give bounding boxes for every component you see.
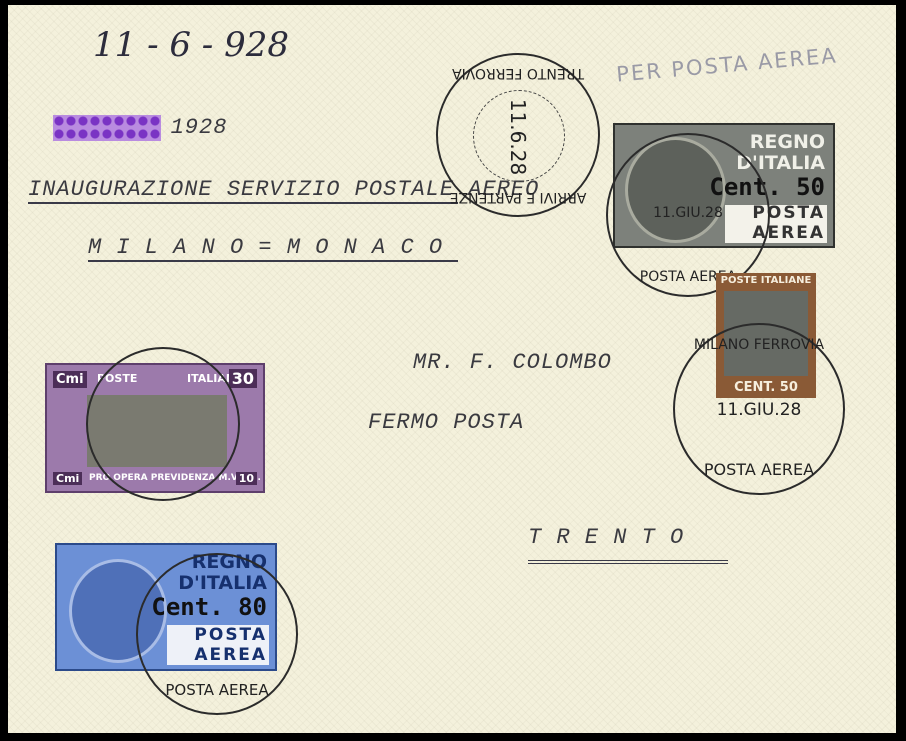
- purple-obliteration-mark: [53, 115, 161, 141]
- year-line: 1928: [53, 115, 227, 146]
- milano-right-postmark: MILANO FERROVIA 11.GIU.28 POSTA AEREA: [673, 323, 845, 495]
- addressee-name: MR. F. COLOMBO: [413, 350, 612, 375]
- milano-left-postmark: [86, 347, 240, 501]
- trento-postmark: ARRIVI E PARTENZE TRENTO FERROVIA 11.6.2…: [436, 53, 600, 217]
- trento-postmark-date: 11.6.28: [506, 57, 530, 217]
- envelope-cover: 11 - 6 - 928 1928 INAUGURAZIONE SERVIZIO…: [8, 5, 896, 733]
- route-line: M I L A N O = M O N A C O: [88, 235, 458, 262]
- addressee-city: T R E N T O: [528, 525, 728, 564]
- year-text: 1928: [171, 115, 228, 140]
- addressee-line2: FERMO POSTA: [368, 410, 524, 435]
- milano-lower-postmark: POSTA AEREA: [136, 553, 298, 715]
- handwritten-date: 11 - 6 - 928: [93, 25, 289, 65]
- event-title: INAUGURAZIONE SERVIZIO POSTALE AEREO: [28, 177, 458, 204]
- air-mail-cachet: PER POSTA AEREA: [615, 43, 838, 86]
